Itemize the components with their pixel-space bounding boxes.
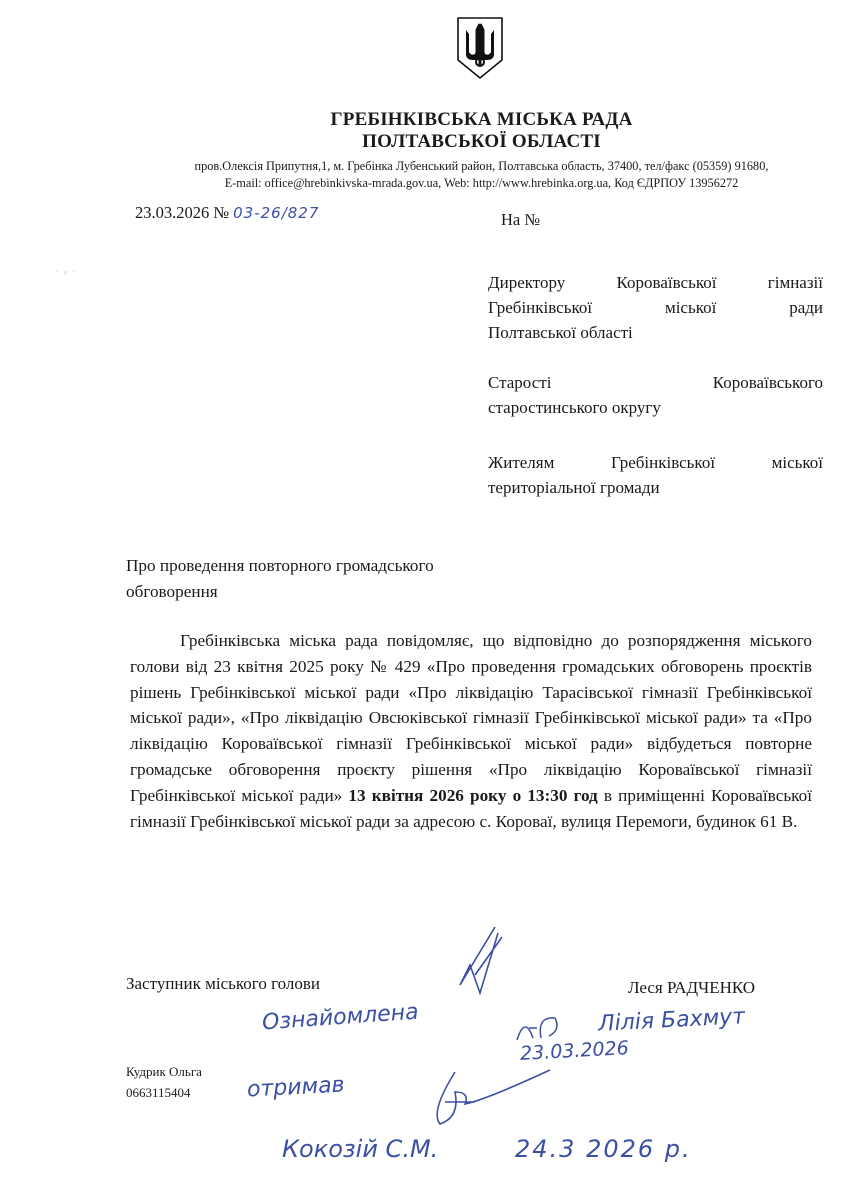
- handwritten-acknowledged: Ознайомлена: [261, 1000, 419, 1036]
- addressee-line: територіальної громади: [488, 475, 823, 500]
- executor-phone: 0663115404: [126, 1082, 202, 1103]
- handwritten-received-by: Кокозій С.М.: [282, 1135, 438, 1163]
- letter-body: Гребінківська міська рада повідомляє, що…: [130, 628, 812, 834]
- reference-number-handwritten: 03-26/827: [233, 204, 319, 222]
- subject-line2: обговорення: [126, 579, 526, 605]
- executor-name: Кудрик Ольга: [126, 1061, 202, 1082]
- org-address: пров.Олексія Припутня,1, м. Гребінка Луб…: [57, 158, 849, 174]
- subject-line1: Про проведення повторного громадського: [126, 553, 526, 579]
- coat-of-arms-icon: [455, 16, 505, 80]
- org-contacts: E-mail: office@hrebinkivska-mrada.gov.ua…: [57, 175, 849, 191]
- body-text-main: Гребінківська міська рада повідомляє, що…: [130, 631, 812, 805]
- addressee-director: Директору Короваївської гімназії Гребінк…: [488, 270, 823, 345]
- addressee-line: Жителям Гребінківської міської: [488, 450, 823, 475]
- addressee-line: Полтавської області: [488, 320, 823, 345]
- addressee-line: старостинського округу: [488, 395, 823, 420]
- org-title-line2: ПОЛТАВСЬКОЇ ОБЛАСТІ: [57, 131, 849, 153]
- handwritten-received: отримав: [246, 1072, 345, 1102]
- org-title-line1: ГРЕБІНКІВСЬКА МІСЬКА РАДА: [57, 109, 849, 131]
- handwritten-acknowledged-name: Лілія Бахмут: [597, 1004, 745, 1037]
- letter-subject: Про проведення повторного громадського о…: [126, 553, 526, 605]
- signatory-position: Заступник міського голови: [126, 974, 320, 994]
- outgoing-reference: 23.03.2026 №03-26/827: [135, 203, 319, 223]
- reply-to-reference: На №: [501, 210, 540, 230]
- addressee-line: Директору Короваївської гімназії: [488, 270, 823, 295]
- event-datetime: 13 квітня 2026 року о 13:30 год: [348, 786, 597, 805]
- addressee-line: Старості Короваївського: [488, 370, 823, 395]
- reference-date: 23.03.2026 №: [135, 203, 229, 222]
- handwritten-received-date: 24.3 2026 р.: [515, 1135, 692, 1163]
- scan-artifact: · ⸗ ·: [55, 265, 76, 281]
- signatory-name: Леся РАДЧЕНКО: [628, 978, 755, 998]
- addressee-line: Гребінківської міської ради: [488, 295, 823, 320]
- received-signature-icon: [425, 1062, 555, 1137]
- handwritten-acknowledged-date: 23.03.2026: [519, 1037, 629, 1065]
- addressee-residents: Жителям Гребінківської міської територіа…: [488, 450, 823, 500]
- executor-info: Кудрик Ольга 0663115404: [126, 1061, 202, 1103]
- signature-scribble-icon: [440, 925, 510, 1000]
- addressee-starosta: Старості Короваївського старостинського …: [488, 370, 823, 420]
